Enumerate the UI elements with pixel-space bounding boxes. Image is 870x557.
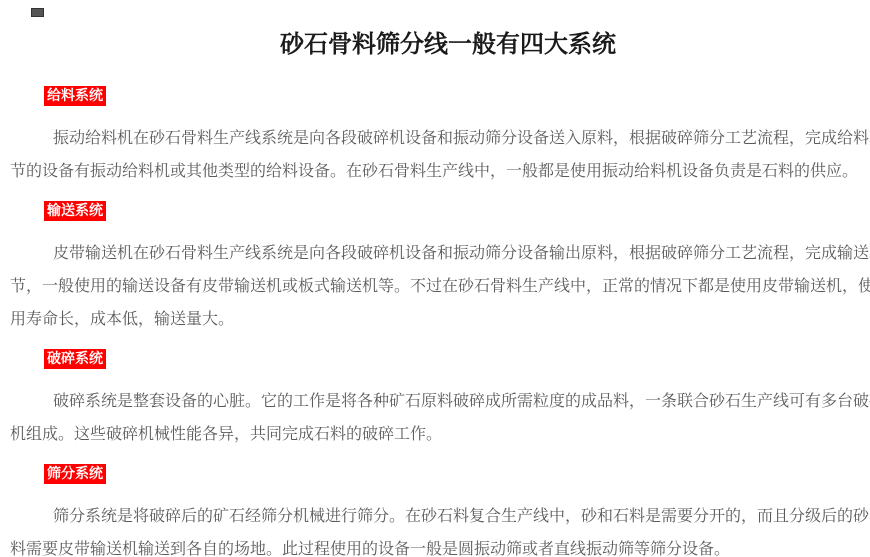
section-label-feeding: 给料系统 [44,86,106,106]
section-heading-crushing: 破碎系统 [10,349,870,370]
section-label-screening: 筛分系统 [44,464,106,484]
page-title: 砂石骨料筛分线一般有四大系统 [10,0,870,58]
article-page: 砂石骨料筛分线一般有四大系统 给料系统 振动给料机在砂石骨料生产线系统是向各段破… [0,0,870,557]
section-body-conveying: 皮带输送机在砂石骨料生产线系统是向各段破碎机设备和振动筛分设备输出原料，根据破碎… [10,236,870,335]
section-body-screening: 筛分系统是将破碎后的矿石经筛分机械进行筛分。在砂石料复合生产线中，砂和石料是需要… [10,499,870,557]
section-heading-screening: 筛分系统 [10,464,870,485]
section-label-crushing: 破碎系统 [44,349,106,369]
section-body-feeding: 振动给料机在砂石骨料生产线系统是向各段破碎机设备和振动筛分设备送入原料，根据破碎… [10,121,870,187]
section-heading-conveying: 输送系统 [10,201,870,222]
section-label-conveying: 输送系统 [44,201,106,221]
section-body-crushing: 破碎系统是整套设备的心脏。它的工作是将各种矿石原料破碎成所需粒度的成品料，一条联… [10,384,870,450]
section-heading-feeding: 给料系统 [10,86,870,107]
